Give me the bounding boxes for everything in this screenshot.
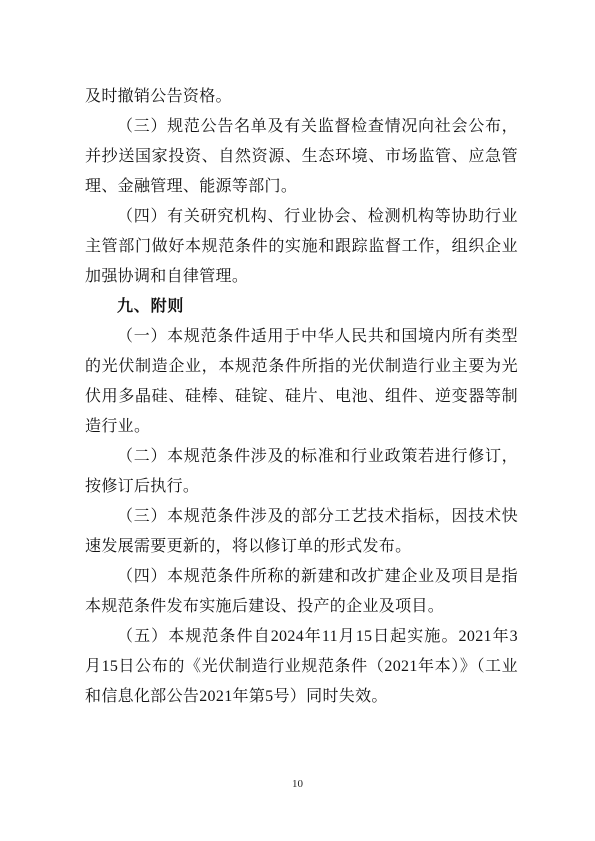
paragraph: （一）本规范条件适用于中华人民共和国境内所有类型的光伏制造企业，本规范条件所指的…	[85, 322, 518, 442]
paragraph: （四）有关研究机构、行业协会、检测机构等协助行业主管部门做好本规范条件的实施和跟…	[85, 202, 518, 292]
document-body: 及时撤销公告资格。 （三）规范公告名单及有关监督检查情况向社会公布，并抄送国家投…	[85, 82, 518, 712]
document-page: 及时撤销公告资格。 （三）规范公告名单及有关监督检查情况向社会公布，并抄送国家投…	[0, 0, 595, 841]
page-number: 10	[0, 776, 595, 792]
paragraph: （三）规范公告名单及有关监督检查情况向社会公布，并抄送国家投资、自然资源、生态环…	[85, 112, 518, 202]
paragraph: 及时撤销公告资格。	[85, 82, 518, 112]
paragraph: （二）本规范条件涉及的标准和行业政策若进行修订，按修订后执行。	[85, 442, 518, 502]
paragraph: （四）本规范条件所称的新建和改扩建企业及项目是指本规范条件发布实施后建设、投产的…	[85, 562, 518, 622]
paragraph: （五）本规范条件自2024年11月15日起实施。2021年3月15日公布的《光伏…	[85, 622, 518, 712]
paragraph: （三）本规范条件涉及的部分工艺技术指标，因技术快速发展需要更新的，将以修订单的形…	[85, 502, 518, 562]
section-heading: 九、附则	[85, 292, 518, 322]
